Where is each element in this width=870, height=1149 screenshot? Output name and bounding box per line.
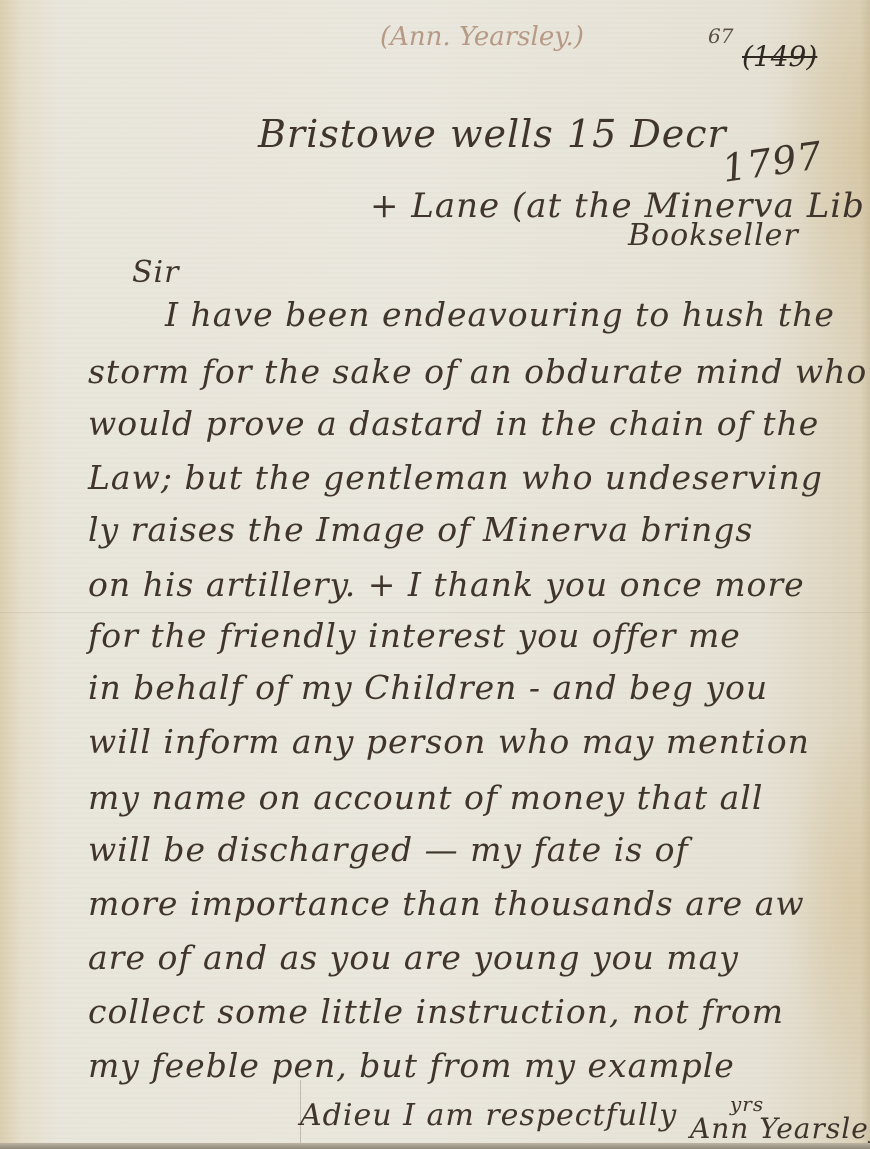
body-line: my feeble pen, but from my example xyxy=(88,1046,735,1085)
body-line: my name on account of money that all xyxy=(88,778,763,817)
body-line: more importance than thousands are aw xyxy=(88,884,805,923)
archive-annotation: (Ann. Yearsley.) xyxy=(380,22,584,52)
body-line: on his artillery. + I thank you once mor… xyxy=(88,565,805,604)
body-line: Law; but the gentleman who undeserving xyxy=(88,458,823,497)
dateline-year: 1797 xyxy=(719,133,825,191)
body-line: ly raises the Image of Minerva brings xyxy=(88,510,753,549)
folio-small-number: 67 xyxy=(708,24,733,48)
body-line: collect some little instruction, not fro… xyxy=(88,992,784,1031)
closing: Adieu I am respectfully xyxy=(300,1098,677,1133)
addressee-line-2: Bookseller xyxy=(628,218,799,253)
body-line: storm for the sake of an obdurate mind w… xyxy=(88,352,867,391)
body-line: would prove a dastard in the chain of th… xyxy=(88,404,819,443)
dateline: Bristowe wells 15 Decr xyxy=(258,112,727,156)
body-line: will be discharged — my fate is of xyxy=(88,830,689,869)
letter-page: (Ann. Yearsley.) 67 (149) Bristowe wells… xyxy=(0,0,870,1149)
body-line: are of and as you are young you may xyxy=(88,938,739,977)
body-line: for the friendly interest you offer me xyxy=(88,616,741,655)
page-bottom-edge xyxy=(0,1143,870,1149)
signature: Ann Yearsley xyxy=(690,1112,870,1145)
salutation: Sir xyxy=(132,255,180,290)
folio-number: (149) xyxy=(742,40,817,73)
paper-fold-horizontal xyxy=(0,612,870,613)
body-line: in behalf of my Children - and beg you xyxy=(88,668,768,707)
body-line: I have been endeavouring to hush the xyxy=(165,295,835,334)
body-line: will inform any person who may mention xyxy=(88,722,810,761)
